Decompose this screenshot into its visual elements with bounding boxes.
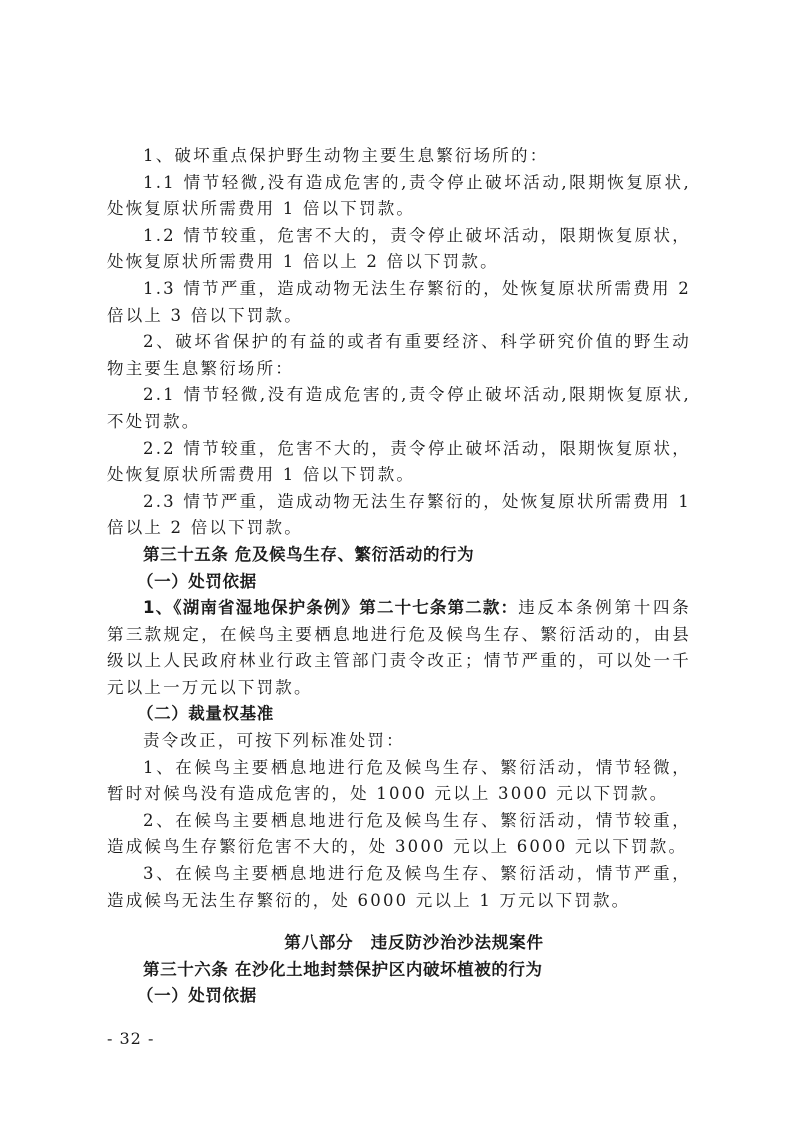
- paragraph-item-2-2: 2.2 情节较重，危害不大的，责令停止破坏活动，限期恢复原状，处恢复原状所需费用…: [107, 436, 691, 489]
- document-page-body: 1、破坏重点保护野生动物主要生息繁衍场所的： 1.1 情节轻微,没有造成危害的,…: [107, 143, 691, 1010]
- paragraph-item-1-title: 1、破坏重点保护野生动物主要生息繁衍场所的：: [107, 143, 691, 170]
- article-35-discretion-item-1: 1、在候鸟主要栖息地进行危及候鸟生存、繁衍活动，情节轻微，暂时对候鸟没有造成危害…: [107, 755, 691, 808]
- article-35-discretion-heading: （二）裁量权基准: [107, 701, 691, 728]
- page-number: - 32 -: [107, 1029, 154, 1048]
- paragraph-item-2-1: 2.1 情节轻微,没有造成危害的,责令停止破坏活动,限期恢复原状,不处罚款。: [107, 382, 691, 435]
- article-36-title: 第三十六条 在沙化土地封禁保护区内破坏植被的行为: [107, 957, 691, 984]
- part-8-title: 第八部分 违反防沙治沙法规案件: [107, 930, 691, 957]
- section-spacer: [107, 914, 691, 930]
- article-35-basis-heading: （一）处罚依据: [107, 569, 691, 596]
- article-36-basis-heading: （一）处罚依据: [107, 983, 691, 1010]
- article-35-basis-1: 1、《湖南省湿地保护条例》第二十七条第二款：违反本条例第十四条第三款规定，在候鸟…: [107, 595, 691, 701]
- paragraph-item-1-1: 1.1 情节轻微,没有造成危害的,责令停止破坏活动,限期恢复原状,处恢复原状所需…: [107, 170, 691, 223]
- paragraph-item-1-2: 1.2 情节较重，危害不大的，责令停止破坏活动，限期恢复原状，处恢复原状所需费用…: [107, 223, 691, 276]
- paragraph-item-2-3: 2.3 情节严重，造成动物无法生存繁衍的，处恢复原状所需费用 1 倍以上 2 倍…: [107, 489, 691, 542]
- article-35-basis-1-lead: 1、《湖南省湿地保护条例》第二十七条第二款：: [143, 598, 518, 617]
- paragraph-item-2-title: 2、破坏省保护的有益的或者有重要经济、科学研究价值的野生动物主要生息繁衍场所：: [107, 329, 691, 382]
- article-35-discretion-intro: 责令改正，可按下列标准处罚：: [107, 728, 691, 755]
- article-35-discretion-item-2: 2、在候鸟主要栖息地进行危及候鸟生存、繁衍活动，情节较重，造成候鸟生存繁衍危害不…: [107, 808, 691, 861]
- article-35-discretion-item-3: 3、在候鸟主要栖息地进行危及候鸟生存、繁衍活动，情节严重，造成候鸟无法生存繁衍的…: [107, 861, 691, 914]
- article-35-title: 第三十五条 危及候鸟生存、繁衍活动的行为: [107, 542, 691, 569]
- paragraph-item-1-3: 1.3 情节严重，造成动物无法生存繁衍的，处恢复原状所需费用 2 倍以上 3 倍…: [107, 276, 691, 329]
